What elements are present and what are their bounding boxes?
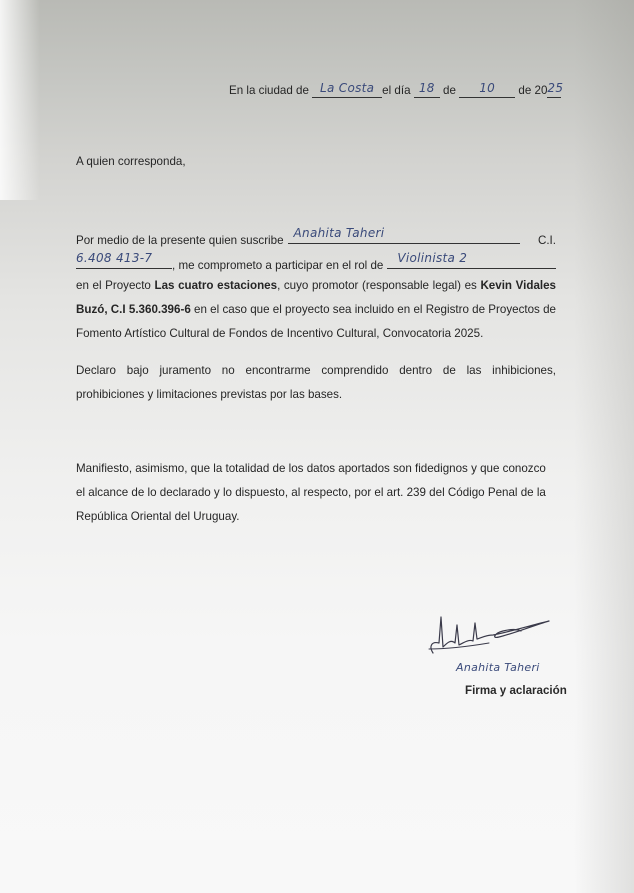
role-value: Violinista 2 (397, 251, 467, 265)
date-line: En la ciudad de La Costael día 18 de 10 … (229, 83, 561, 98)
signature-printed-name: Anahita Taheri (456, 661, 540, 675)
month-label: de (443, 84, 456, 97)
day-field: 18 (414, 83, 440, 98)
day-value: 18 (419, 81, 435, 95)
p1-line3-b: , cuyo promotor (responsable legal) es (277, 279, 480, 292)
day-label: el día (382, 84, 410, 97)
p3-line2: el alcance de lo declarado y lo dispuest… (76, 486, 546, 500)
p1-line3: en el Proyecto Las cuatro estaciones, cu… (76, 279, 556, 293)
year-field: 25 (547, 83, 561, 98)
p1-line4-rest: en el caso que el proyecto sea incluido … (191, 303, 556, 316)
p1-line4: Buzó, C.I 5.360.396-6 en el caso que el … (76, 303, 556, 317)
promoter-name-rest: Buzó, C.I 5.360.396-6 (76, 303, 191, 316)
ci-number-field: 6.408 413-7 (76, 254, 172, 269)
p1-line5: Fomento Artístico Cultural de Fondos de … (76, 327, 483, 341)
date-prefix: En la ciudad de (229, 84, 309, 97)
p1-line1-prefix: Por medio de la presente quien suscribe (76, 234, 284, 248)
ci-label: C.I. (538, 234, 556, 248)
month-value: 10 (479, 81, 495, 95)
signer-name-value: Anahita Taheri (294, 226, 385, 240)
city-field: La Costa (312, 83, 382, 98)
salutation: A quien corresponda, (76, 155, 186, 169)
signature-scribble-icon (425, 613, 555, 658)
year-label: de 20 (518, 84, 547, 97)
p1-line1: Por medio de la presente quien suscribe … (76, 229, 556, 248)
scan-shadow-right (574, 0, 634, 893)
scan-shadow-left (0, 0, 40, 200)
city-value: La Costa (320, 81, 374, 95)
role-field: Violinista 2 (387, 254, 556, 269)
ci-number-value: 6.408 413-7 (76, 251, 152, 265)
p3-line3: República Oriental del Uruguay. (76, 510, 239, 524)
p3-line1: Manifiesto, asimismo, que la totalidad d… (76, 462, 546, 476)
signer-name-field: Anahita Taheri (288, 229, 520, 244)
p2-line2: prohibiciones y limitaciones previstas p… (76, 388, 342, 402)
month-field: 10 (459, 83, 515, 98)
p1-line3-a: en el Proyecto (76, 279, 155, 292)
signature-label: Firma y aclaración (465, 684, 567, 698)
p2-line1: Declaro bajo juramento no encontrarme co… (76, 364, 556, 378)
p1-line2-text: , me comprometo a participar en el rol d… (172, 259, 383, 273)
promoter-name-first: Kevin Vidales (480, 279, 556, 292)
p1-line2: 6.408 413-7 , me comprometo a participar… (76, 254, 556, 273)
project-name: Las cuatro estaciones (155, 279, 278, 292)
year-value: 25 (547, 81, 563, 95)
